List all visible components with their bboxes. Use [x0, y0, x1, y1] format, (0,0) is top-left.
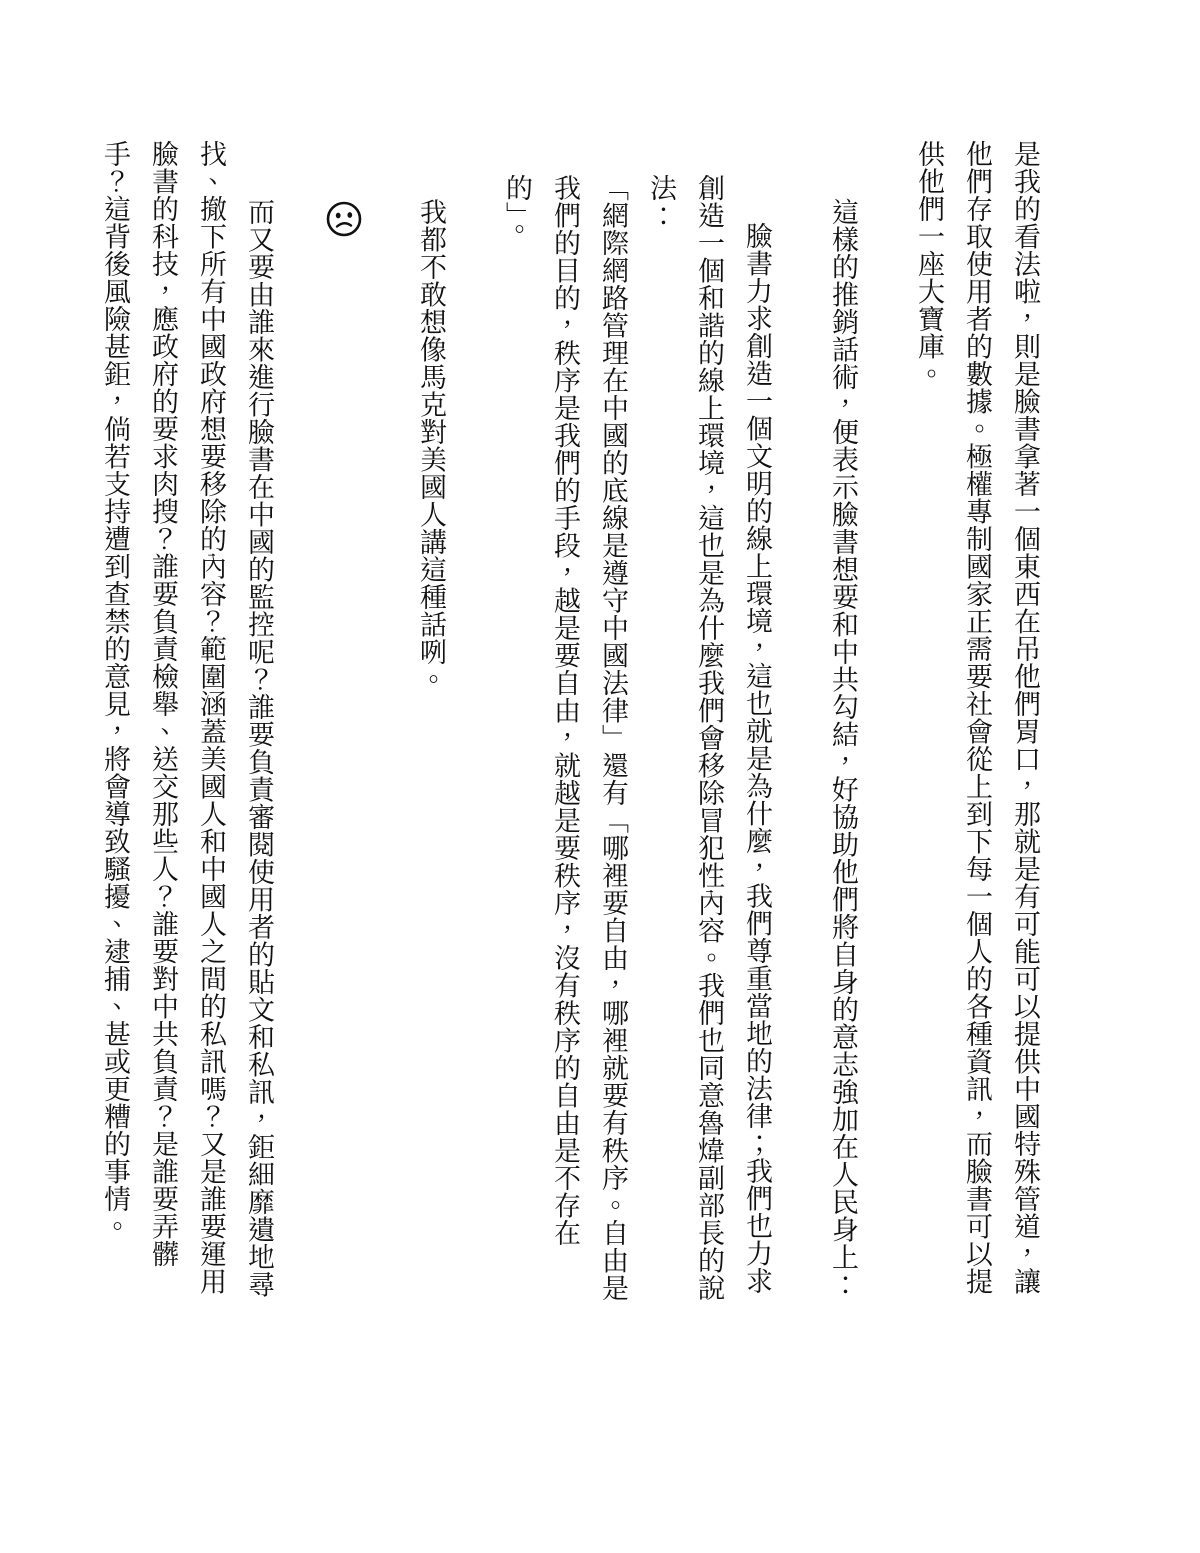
quote-paragraph-civilized-environment: 臉書力求創造一個文明的線上環境，這也就是為什麼，我們尊重當地的法律；我們也力求創…: [636, 174, 780, 1312]
vertical-text-flow: 是我的看法啦，則是臉書拿著一個東西在吊他們胃口，那就是有可能可以提供中國特殊管道…: [90, 140, 1048, 1312]
paragraph-facebook-bait: 是我的看法啦，則是臉書拿著一個東西在吊他們胃口，那就是有可能可以提供中國特殊管道…: [904, 140, 1048, 1312]
block-quote: 臉書力求創造一個文明的線上環境，這也就是為什麼，我們尊重當地的法律；我們也力求創…: [492, 140, 780, 1312]
book-page: 是我的看法啦，則是臉書拿著一個東西在吊他們胃口，那就是有可能可以提供中國特殊管道…: [0, 0, 1200, 1553]
frowning-face-icon: [323, 198, 365, 240]
emoji-paragraph: [320, 140, 368, 1312]
paragraph-cannot-imagine: 我都不敢想像馬克對美國人講這種話咧。: [406, 140, 454, 1312]
paragraph-who-monitors: 而又要由誰來進行臉書在中國的監控呢？誰要負責審閱使用者的貼文和私訊，鉅細靡遺地尋…: [90, 140, 282, 1312]
quote-paragraph-lu-wei-statement: 「網際網路管理在中國的底線是遵守中國法律」還有「哪裡要自由，哪裡就要有秩序。自由…: [492, 174, 636, 1312]
paragraph-sales-pitch: 這樣的推銷話術，便表示臉書想要和中共勾結，好協助他們將自身的意志強加在人民身上：: [818, 140, 866, 1312]
